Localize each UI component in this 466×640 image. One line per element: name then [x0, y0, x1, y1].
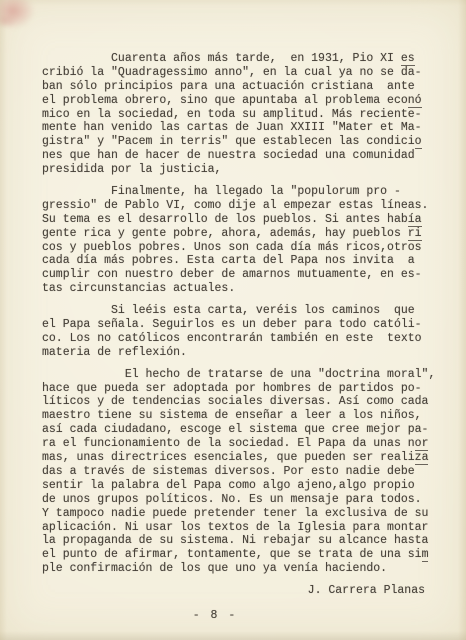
hyphenation-underline: or — [415, 437, 429, 451]
text-line: cada día más pobres. Esta carta del Papa… — [42, 254, 428, 268]
paragraph: Finalmente, ha llegado la "populorum pro… — [42, 185, 428, 296]
text-line: presidida por la justicia, — [42, 163, 428, 177]
hyphenation-underline: ía — [408, 213, 422, 227]
line-text: gistra" y "Pacem in terris" que establec… — [42, 135, 415, 148]
text-line: maestro tiene su sistema de enseñar a le… — [42, 409, 428, 423]
text-line: mico en la sociedad, en toda su amplitud… — [42, 108, 428, 122]
text-line: das a través de sistemas diversos. Por e… — [42, 465, 428, 479]
text-line: Y tampoco nadie puede pretender tener la… — [42, 507, 428, 521]
text-line: mas, unas directrices esenciales, que pu… — [42, 451, 428, 465]
text-line: co. Los no católicos encontrarán también… — [42, 332, 428, 346]
text-line: Finalmente, ha llegado la "populorum pro… — [42, 185, 428, 199]
text-line: gente rica y gente pobre, ahora, además,… — [42, 227, 428, 241]
text-line: ple confirmación de los que uno ya venía… — [42, 562, 428, 576]
paragraph: El hecho de tratarse de una "doctrina mo… — [42, 368, 428, 576]
text-line: mente han venido las cartas de Juan XXII… — [42, 121, 428, 135]
text-line: nes que han de hacer de nuestra sociedad… — [42, 149, 428, 163]
paragraph: Si leéis esta carta, veréis los caminos … — [42, 304, 428, 360]
text-line: hace que pueda ser adoptada por hombres … — [42, 382, 428, 396]
text-line: tas circunstancias actuales. — [42, 282, 428, 296]
text-line: cribió la "Quadragessimo anno", en la cu… — [42, 66, 428, 80]
hyphenation-underline: za — [415, 451, 429, 465]
hyphenation-underline: es — [401, 52, 415, 66]
text-line: el punto de afirmar, tontamente, que se … — [42, 548, 428, 562]
body-text: Cuarenta años más tarde, en 1931, Pio XI… — [42, 52, 428, 576]
text-line: gistra" y "Pacem in terris" que establec… — [42, 135, 428, 149]
page-number: - 8 - — [22, 609, 408, 623]
text-line: gressio" de Pablo VI, como dije al empez… — [42, 199, 428, 213]
text-line: cos y pueblos pobres. Unos son cada día … — [42, 241, 428, 255]
line-text: gente rica y gente pobre, ahora, además,… — [42, 227, 408, 240]
hyphenation-underline: o — [415, 135, 422, 149]
signature: J. Carrera Planas — [42, 584, 428, 598]
line-text: el punto de afirmar, tontamente, que se … — [42, 548, 422, 561]
text-line: así cada ciudadano, escoge el sistema qu… — [42, 423, 428, 437]
line-text: Su tema es el desarrollo de los pueblos.… — [42, 213, 408, 226]
text-line: líticos y de tendencias sociales diversa… — [42, 395, 428, 409]
text-line: el problema obrero, sino que apuntaba al… — [42, 94, 428, 108]
line-text: el problema obrero, sino que apuntaba al… — [42, 94, 408, 107]
text-line: ra el funcionamiento de la sociedad. El … — [42, 437, 428, 451]
text-line: el Papa señala. Seguirlos es un deber pa… — [42, 318, 428, 332]
text-line: El hecho de tratarse de una "doctrina mo… — [42, 368, 428, 382]
text-line: cumplir con nuestro deber de amarnos mut… — [42, 268, 428, 282]
hyphenation-underline: nó — [408, 94, 422, 108]
text-line: la propaganda de su sistema. Ni rebajar … — [42, 534, 428, 548]
text-line: de unos grupos políticos. No. Es un mens… — [42, 493, 428, 507]
hyphenation-underline: m — [422, 548, 429, 562]
paragraph: Cuarenta años más tarde, en 1931, Pio XI… — [42, 52, 428, 177]
text-line: aplicación. Ni usar los textos de la Igl… — [42, 521, 428, 535]
text-line: sentir la palabra del Papa como algo aje… — [42, 479, 428, 493]
document-page: Cuarenta años más tarde, en 1931, Pio XI… — [0, 0, 466, 640]
text-line: Cuarenta años más tarde, en 1931, Pio XI… — [42, 52, 428, 66]
page-content: Cuarenta años más tarde, en 1931, Pio XI… — [0, 0, 428, 623]
text-line: ban sólo principios para una actuación c… — [42, 80, 428, 94]
hyphenation-underline: ri — [408, 227, 422, 241]
line-text: mas, unas directrices esenciales, que pu… — [42, 451, 415, 464]
text-line: Su tema es el desarrollo de los pueblos.… — [42, 213, 428, 227]
line-text: ra el funcionamiento de la sociedad. El … — [42, 437, 415, 450]
text-line: materia de reflexión. — [42, 346, 428, 360]
text-line: Si leéis esta carta, veréis los caminos … — [42, 304, 428, 318]
line-text: Cuarenta años más tarde, en 1931, Pio XI — [42, 52, 401, 65]
